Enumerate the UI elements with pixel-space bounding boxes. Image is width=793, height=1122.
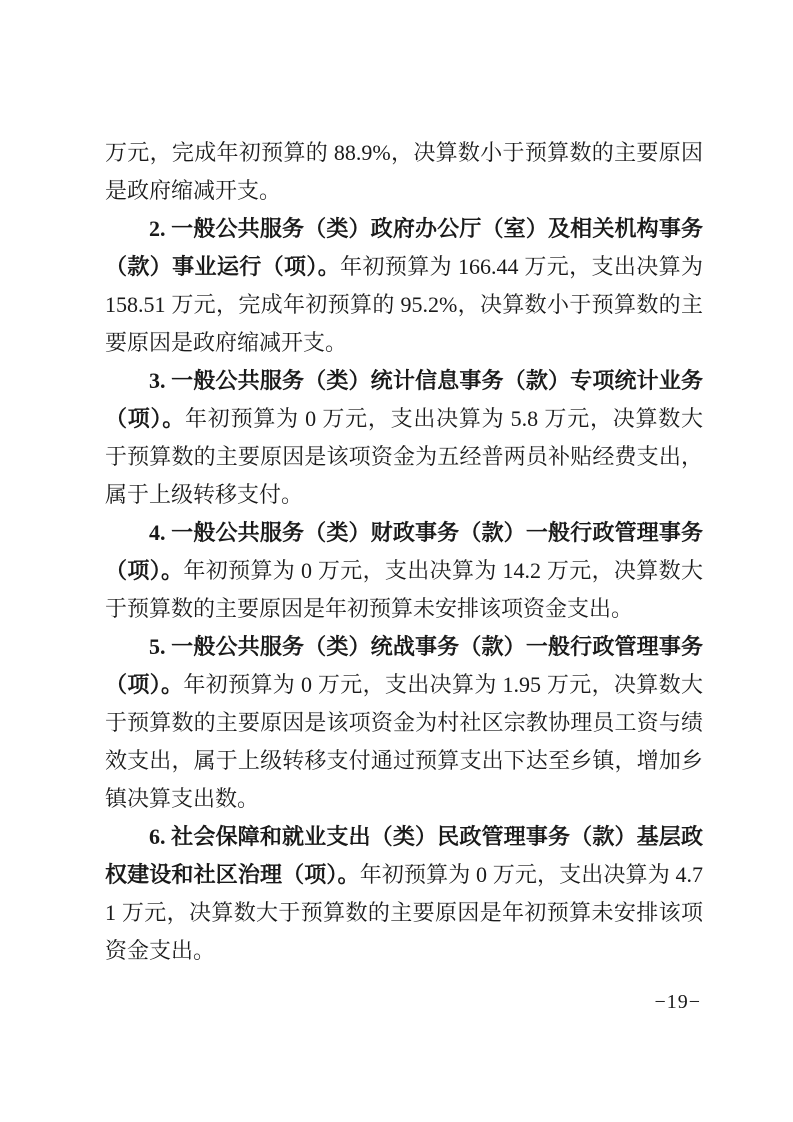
- page-number: −19−: [654, 991, 701, 1014]
- paragraph-item-5: 5. 一般公共服务（类）统战事务（款）一般行政管理事务（项）。年初预算为 0 万…: [105, 628, 703, 818]
- paragraph-text: 年初预算为 0 万元，支出决算为 5.8 万元，决算数大于预算数的主要原因是该项…: [105, 406, 703, 507]
- paragraph-item-6: 6. 社会保障和就业支出（类）民政管理事务（款）基层政权建设和社区治理（项）。年…: [105, 818, 703, 970]
- paragraph-text: 年初预算为 0 万元，支出决算为 1.95 万元，决算数大于预算数的主要原因是该…: [105, 672, 703, 811]
- paragraph-item-4: 4. 一般公共服务（类）财政事务（款）一般行政管理事务（项）。年初预算为 0 万…: [105, 514, 703, 628]
- document-page: 万元，完成年初预算的 88.9%，决算数小于预算数的主要原因是政府缩减开支。 2…: [0, 0, 793, 1122]
- paragraph-continuation: 万元，完成年初预算的 88.9%，决算数小于预算数的主要原因是政府缩减开支。: [105, 134, 703, 210]
- paragraph-text: 万元，完成年初预算的 88.9%，决算数小于预算数的主要原因是政府缩减开支。: [105, 140, 703, 203]
- paragraph-text: 年初预算为 0 万元，支出决算为 14.2 万元，决算数大于预算数的主要原因是年…: [105, 558, 703, 621]
- body-text-block: 万元，完成年初预算的 88.9%，决算数小于预算数的主要原因是政府缩减开支。 2…: [105, 134, 703, 970]
- paragraph-item-2: 2. 一般公共服务（类）政府办公厅（室）及相关机构事务（款）事业运行（项）。年初…: [105, 210, 703, 362]
- paragraph-item-3: 3. 一般公共服务（类）统计信息事务（款）专项统计业务（项）。年初预算为 0 万…: [105, 362, 703, 514]
